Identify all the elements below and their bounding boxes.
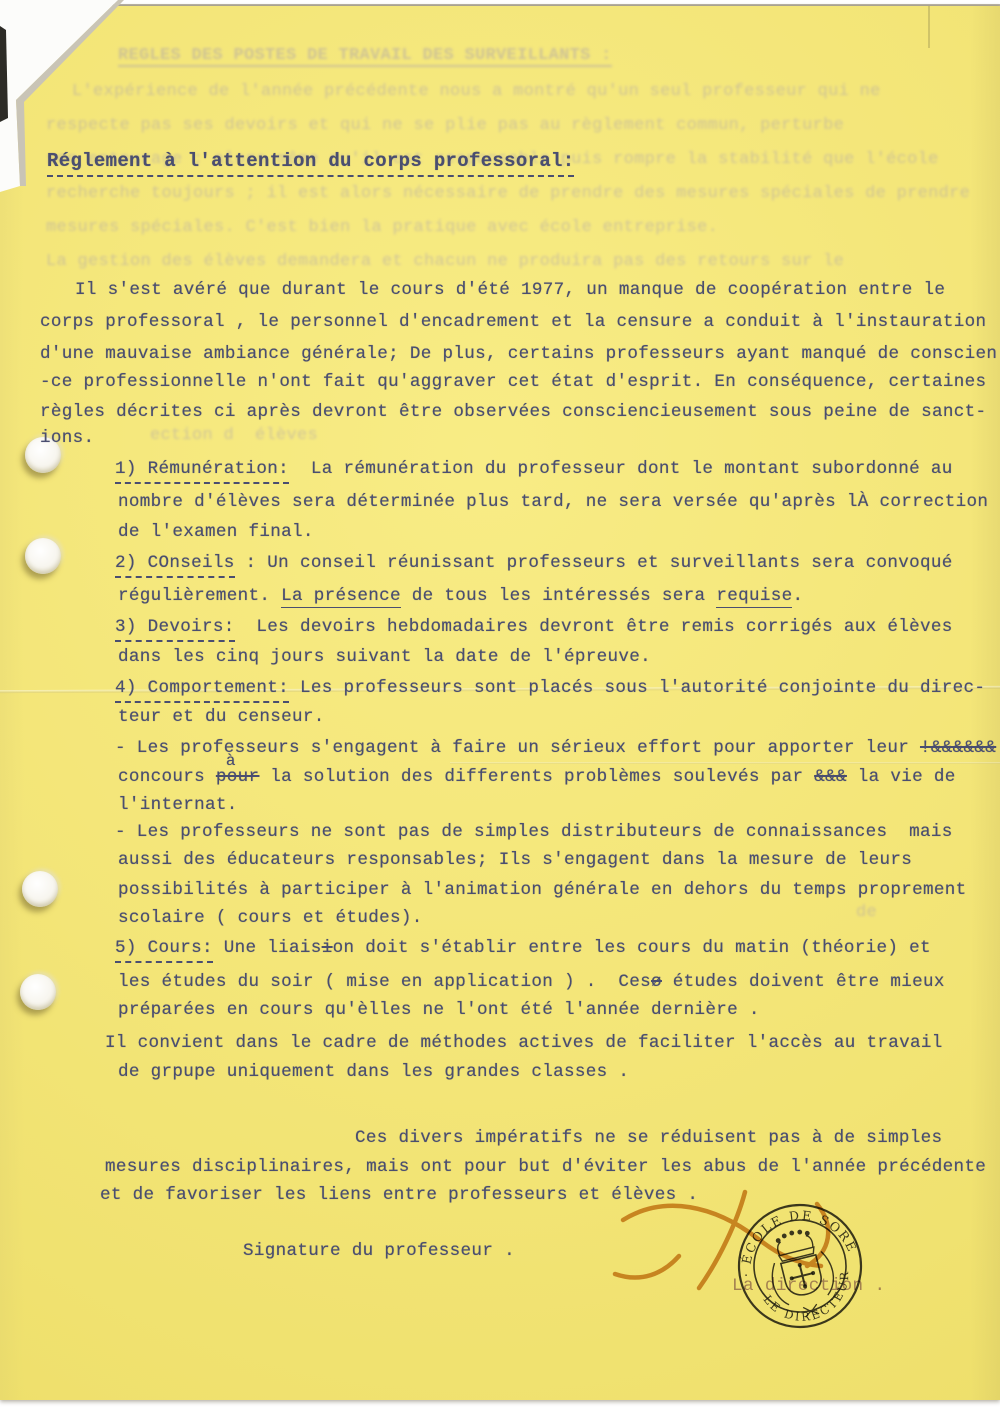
intro-line: d'une mauvaise ambiance générale; De plu…	[40, 344, 997, 364]
rule-2-text: régulièrement.	[118, 586, 281, 606]
rule-5-heading: 5) Cours:	[115, 938, 213, 963]
rule-4-heading: 4) Comportement:	[115, 678, 289, 703]
closing-line: mesures disciplinaires, mais ont pour bu…	[105, 1157, 986, 1177]
rule-2-underlined: requise	[716, 586, 792, 608]
rule-3-heading: 3) Devoirs:	[115, 617, 235, 642]
rule-4-line: concours àpour la solution des different…	[118, 767, 956, 787]
rule-2-text: : Un conseil réunissant professeurs et s…	[235, 553, 953, 573]
rule-1-text: La rémunération du professeur dont le mo…	[289, 459, 953, 479]
direction-label: La direction .	[732, 1276, 885, 1296]
rule-5-text: les études du soir ( mise en application…	[118, 972, 651, 992]
hole-punch	[22, 871, 58, 907]
rule-4-heading-line: 4) Comportement: Les professeurs sont pl…	[115, 678, 985, 698]
ghost-line: L'expérience de l'année précédente nous …	[72, 82, 881, 101]
rule-4-line: - Les professeurs ne sont pas de simples…	[115, 822, 953, 842]
hole-punch	[25, 538, 61, 574]
struck-out-text: &&&	[814, 767, 847, 787]
closing-line: Ces divers impératifs ne se réduisent pa…	[355, 1128, 942, 1148]
intro-line: -ce professionnelle n'ont fait qu'aggrav…	[40, 372, 986, 392]
rule-2-heading-line: 2) COnseils : Un conseil réunissant prof…	[115, 553, 953, 573]
rule-3-line: dans les cinq jours suivant la date de l…	[118, 647, 651, 667]
struck-out-text: pour	[216, 767, 260, 787]
horizontal-crease	[450, 762, 1000, 764]
rule-1-line: nombre d'élèves sera déterminée plus tar…	[118, 492, 988, 512]
rule-4-line: aussi des éducateurs responsables; Ils s…	[118, 850, 912, 870]
struck-out-text: i	[322, 938, 333, 958]
rule-5-line: Il convient dans le cadre de méthodes ac…	[105, 1033, 943, 1053]
rule-4-line: teur et du censeur.	[118, 707, 325, 727]
struck-out-text: ø	[651, 972, 662, 992]
rule-2-underlined: La présence	[281, 586, 401, 608]
rule-4-text: la vie de	[847, 767, 956, 787]
rule-4-text: la solution des differents problèmes sou…	[259, 767, 814, 787]
ghost-fragment: ection d élèves	[150, 426, 318, 445]
rule-5-heading-line: 5) Cours: Une liaision doit s'établir en…	[115, 938, 931, 958]
rule-1-heading-line: 1) Rémunération: La rémunération du prof…	[115, 459, 953, 479]
rule-5-line: préparées en cours qu'èlles ne l'ont été…	[118, 1000, 760, 1020]
intro-line: règles décrites ci après devront être ob…	[40, 402, 986, 422]
rule-4-line: scolaire ( cours et études).	[118, 908, 423, 928]
correction-overtype: àpour	[216, 767, 260, 787]
rule-5-text: études doivent être mieux	[662, 972, 945, 992]
rule-4-text: concours	[118, 767, 216, 787]
rule-5-line: les études du soir ( mise en application…	[118, 972, 945, 992]
rule-2-text: .	[792, 586, 803, 606]
rule-3-heading-line: 3) Devoirs: Les devoirs hebdomadaires de…	[115, 617, 953, 637]
rule-4-line: l'internat.	[118, 795, 238, 815]
rule-4-line: - Les professeurs s'engagent à faire un …	[115, 738, 996, 758]
folded-corner	[0, 0, 150, 210]
ghost-line: REGLES DES POSTES DE TRAVAIL DES SURVEIL…	[118, 46, 612, 67]
rule-3-text: Les devoirs hebdomadaires devront être r…	[235, 617, 953, 637]
rule-5-line: de grpupe uniquement dans les grandes cl…	[118, 1062, 629, 1082]
intro-line: ions.	[40, 428, 94, 448]
struck-out-text: !&&&&&&	[920, 738, 996, 758]
vertical-crease	[928, 6, 930, 48]
rule-2-text: de tous les intéressés sera	[401, 586, 716, 606]
rule-2-line: régulièrement. La présence de tous les i…	[118, 586, 803, 606]
overtyped-char: à	[226, 752, 236, 770]
scan-top-edge	[0, 4, 1000, 6]
ghost-line: mesures spéciales. C'est bien la pratiqu…	[46, 218, 718, 237]
hole-punch	[20, 974, 56, 1010]
rule-1-heading: 1) Rémunération:	[115, 459, 289, 484]
rule-1-line: de l'examen final.	[118, 522, 314, 542]
intro-line: Il s'est avéré que durant le cours d'été…	[75, 280, 945, 300]
rule-5-text: on doit s'établir entre les cours du mat…	[333, 938, 931, 958]
ghost-fragment: de	[856, 903, 877, 922]
rule-4-line: possibilités à participer à l'animation …	[118, 880, 966, 900]
intro-line: corps professoral , le personnel d'encad…	[40, 312, 986, 332]
rule-5-text: Une liais	[213, 938, 322, 958]
rule-4-text: Les professeurs sont placés sous l'autor…	[289, 678, 985, 698]
ghost-line: respecte pas ses devoirs et qui ne se pl…	[46, 116, 844, 135]
ghost-line: La gestion des élèves demandera et chacu…	[46, 252, 844, 271]
rule-2-heading: 2) COnseils	[115, 553, 235, 578]
signature-label: Signature du professeur .	[243, 1241, 515, 1261]
ghost-line: recherche toujours ; il est alors nécess…	[46, 184, 970, 203]
